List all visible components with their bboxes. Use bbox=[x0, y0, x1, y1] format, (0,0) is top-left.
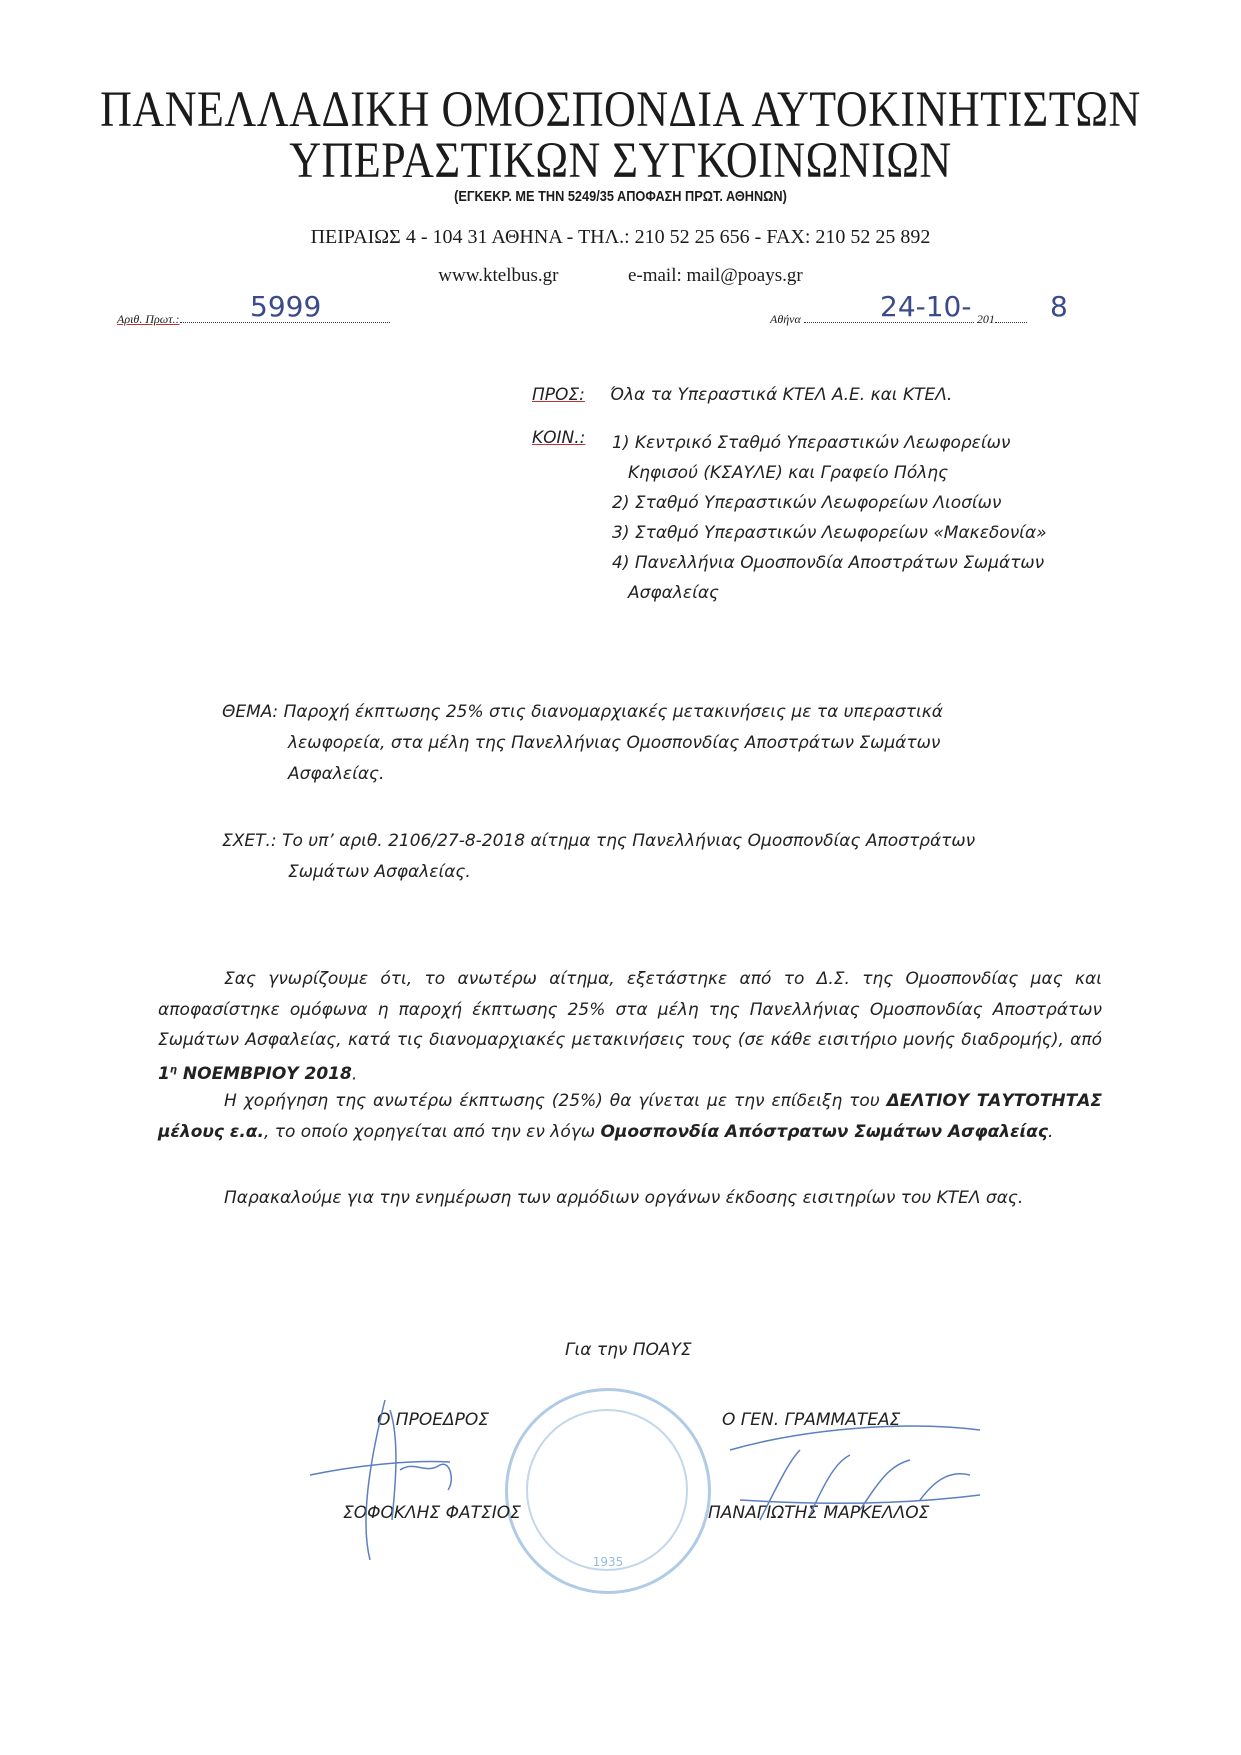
to-row: ΠΡΟΣ: Όλα τα Υπεραστικά ΚΤΕΛ Α.Ε. και ΚΤ… bbox=[532, 385, 952, 405]
cc-item: 3) Σταθμό Υπεραστικών Λεωφορείων «Μακεδο… bbox=[612, 518, 1047, 548]
subject-label: ΘΕΜΑ: bbox=[222, 702, 278, 722]
cc-item: 1) Κεντρικό Σταθμό Υπεραστικών Λεωφορείω… bbox=[612, 428, 1047, 458]
cc-item: Ασφαλείας bbox=[612, 578, 1047, 608]
body-paragraph-2: Η χορήγηση της ανωτέρω έκπτωσης (25%) θα… bbox=[158, 1086, 1102, 1147]
date-handwritten: 24-10- bbox=[880, 290, 971, 323]
website-link[interactable]: www.ktelbus.gr bbox=[438, 265, 558, 286]
org-name-line1: ΠΑΝΕΛΛΑΔΙΚΗ ΟΜΟΣΠΟΝΔΙΑ ΑΥΤΟΚΙΝΗΤΙΣΤΩΝ bbox=[0, 80, 1241, 139]
body-paragraph-3: Παρακαλούμε για την ενημέρωση των αρμόδι… bbox=[158, 1178, 1102, 1218]
for-org: Για την ΠΟΑΥΣ bbox=[565, 1340, 692, 1360]
related-label: ΣΧΕΤ.: bbox=[222, 831, 277, 851]
address-line: ΠΕΙΡΑΙΩΣ 4 - 104 31 ΑΘΗΝΑ - ΤΗΛ.: 210 52… bbox=[0, 226, 1241, 249]
president-signature bbox=[300, 1380, 500, 1580]
year-prefix: 201 bbox=[977, 312, 995, 326]
protocol-label: Αριθ. Πρωτ.: bbox=[117, 312, 180, 326]
subject-line: Ασφαλείας. bbox=[222, 759, 943, 790]
cc-item: 4) Πανελλήνια Ομοσπονδία Αποστράτων Σωμά… bbox=[612, 548, 1047, 578]
related-block: ΣΧΕΤ.: Το υπ’ αριθ. 2106/27-8-2018 αίτημ… bbox=[222, 826, 975, 888]
related-line: Σωμάτων Ασφαλείας. bbox=[222, 857, 975, 888]
contact-line: www.ktelbus.gr e-mail: mail@poays.gr bbox=[0, 265, 1241, 287]
official-stamp: 1935 bbox=[505, 1388, 711, 1594]
secretary-signature bbox=[720, 1410, 1000, 1550]
city-label: Αθήνα bbox=[770, 312, 801, 326]
org-name-line2: ΥΠΕΡΑΣΤΙΚΩΝ ΣΥΓΚΟΙΝΩΝΙΩΝ bbox=[0, 131, 1241, 190]
cc-item: 2) Σταθμό Υπεραστικών Λεωφορείων Λιοσίων bbox=[612, 488, 1047, 518]
year-handwritten: 8 bbox=[1050, 290, 1068, 323]
subject-line: Παροχή έκπτωσης 25% στις διανομαρχιακές … bbox=[284, 702, 943, 722]
cc-list: 1) Κεντρικό Σταθμό Υπεραστικών Λεωφορείω… bbox=[612, 428, 1047, 608]
cc-label: ΚΟΙΝ.: bbox=[532, 428, 585, 448]
body-paragraph-1: Σας γνωρίζουμε ότι, το ανωτέρω αίτημα, ε… bbox=[158, 964, 1102, 1090]
to-label: ΠΡΟΣ: bbox=[532, 385, 585, 405]
approval-note: (ΕΓΚΕΚΡ. ΜΕ ΤΗΝ 5249/35 ΑΠΟΦΑΣΗ ΠΡΩΤ. ΑΘ… bbox=[93, 188, 1148, 205]
related-line: Το υπ’ αριθ. 2106/27-8-2018 αίτημα της Π… bbox=[282, 831, 975, 851]
subject-line: λεωφορεία, στα μέλη της Πανελλήνιας Ομοσ… bbox=[222, 728, 943, 759]
cc-item: Κηφισού (ΚΣΑΥΛΕ) και Γραφείο Πόλης bbox=[612, 458, 1047, 488]
subject-block: ΘΕΜΑ: Παροχή έκπτωσης 25% στις διανομαρχ… bbox=[222, 697, 943, 790]
email-link[interactable]: e-mail: mail@poays.gr bbox=[628, 265, 803, 286]
protocol-number: 5999 bbox=[250, 290, 321, 323]
to-text: Όλα τα Υπεραστικά ΚΤΕΛ Α.Ε. και ΚΤΕΛ. bbox=[610, 385, 953, 405]
